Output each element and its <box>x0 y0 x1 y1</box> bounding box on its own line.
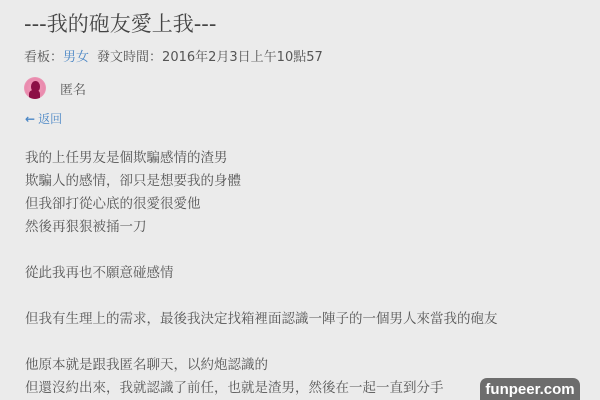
back-label: 返回 <box>38 110 62 127</box>
author-name: 匿名 <box>60 79 86 98</box>
post-meta: 看板：男女發文時間：2016年2月3日上午10點57 <box>24 46 323 65</box>
content-line: 他原本就是跟我匿名聊天，以約炮認識的 <box>25 354 498 377</box>
content-line: 我的上任男友是個欺騙感情的渣男 <box>25 147 498 170</box>
content-line: 欺騙人的感情，卻只是想要我的身體 <box>25 170 498 193</box>
post-page: ---我的砲友愛上我--- 看板：男女發文時間：2016年2月3日上午10點57… <box>0 0 600 400</box>
board-link[interactable]: 男女 <box>63 50 89 65</box>
avatar-body <box>29 90 40 99</box>
post-title: ---我的砲友愛上我--- <box>24 8 216 38</box>
female-avatar-icon <box>24 77 46 99</box>
arrow-left-icon: ← <box>25 112 35 126</box>
paragraph-gap <box>25 331 498 354</box>
post-time-value: 2016年2月3日上午10點57 <box>162 50 323 65</box>
content-line: 然後再狠狠被捅一刀 <box>25 216 498 239</box>
content-line: 但還沒約出來，我就認識了前任，也就是渣男，然後在一起一直到分手 <box>25 377 498 400</box>
back-link[interactable]: ← 返回 <box>25 110 62 127</box>
board-label: 看板： <box>24 50 63 65</box>
content-line: 從此我再也不願意碰感情 <box>25 262 498 285</box>
post-time-label: 發文時間： <box>97 50 162 65</box>
author-row: 匿名 <box>24 76 86 100</box>
paragraph-gap <box>25 285 498 308</box>
content-line: 但我有生理上的需求，最後我決定找箱裡面認識一陣子的一個男人來當我的砲友 <box>25 308 498 331</box>
paragraph-gap <box>25 239 498 262</box>
site-watermark: funpeer.com <box>480 378 580 400</box>
content-line: 但我卻打從心底的很愛很愛他 <box>25 193 498 216</box>
post-content: 我的上任男友是個欺騙感情的渣男 欺騙人的感情，卻只是想要我的身體 但我卻打從心底… <box>25 147 498 400</box>
